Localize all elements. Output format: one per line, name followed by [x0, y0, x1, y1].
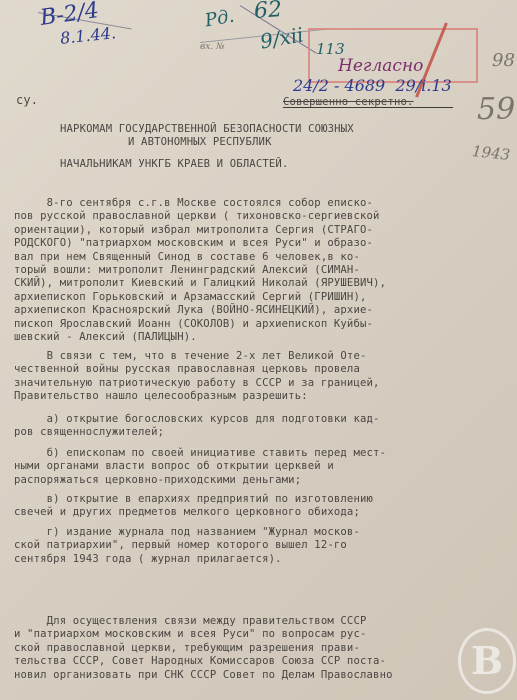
- margin-note-1943: 1943: [471, 142, 511, 164]
- typed-line: новил организовать при СНК СССР Совет по…: [14, 669, 393, 682]
- typed-line: пов русской православной церкви ( тихоно…: [14, 210, 386, 223]
- typed-line: РОДСКОГО) "патриархом московским и всея …: [14, 237, 386, 250]
- publisher-watermark-logo: В: [458, 628, 516, 694]
- item-b-open-churches: б) епископам по своей инициативе ставить…: [14, 447, 386, 487]
- typed-line: г) издание журнала под названием "Журнал…: [14, 526, 360, 539]
- item-v-candle-enterprises: в) открытие в епархиях предприятий по из…: [14, 493, 373, 520]
- typed-line: свечей и других предметов мелкого церков…: [14, 506, 373, 519]
- addressee-line-3: НАЧАЛЬНИКАМ УНКГБ КРАЕВ И ОБЛАСТЕЙ.: [60, 158, 288, 171]
- typed-line: шевский - Алексий (ПАЛИЦЫН).: [14, 331, 386, 344]
- typed-line: архиепископ Горьковский и Арзамасский Се…: [14, 291, 386, 304]
- typed-line: чественной войны русская православная це…: [14, 363, 380, 376]
- typed-line: В связи с тем, что в течение 2-х лет Вел…: [14, 350, 380, 363]
- typed-line: и "патриархом московским и всея Руси" по…: [14, 628, 393, 641]
- typed-line: ными органами власти вопрос об открытии …: [14, 460, 386, 473]
- typed-line: значительную патриотическую работу в ССС…: [14, 377, 380, 390]
- typed-line: распоряжаться церковно-приходскими деньг…: [14, 474, 386, 487]
- margin-note-98: 98: [492, 50, 515, 71]
- typed-line: Правительство нашло целесообразным разре…: [14, 390, 380, 403]
- item-a-theology-courses: а) открытие богословских курсов для подг…: [14, 413, 380, 440]
- typed-line: тельства СССР, Совет Народных Комиссаров…: [14, 655, 393, 668]
- typed-line: СКИЙ), митрополит Киевский и Галицкий Ни…: [14, 277, 386, 290]
- typed-line: 8-го сентября с.г.в Москве состоялся соб…: [14, 197, 386, 210]
- margin-note-59: 59: [477, 92, 515, 127]
- typed-line: Для осуществления связи между правительс…: [14, 615, 393, 628]
- secrecy-underline: [283, 107, 453, 108]
- registration-number: 24/2 - 4689 29/i.13: [293, 76, 452, 95]
- typed-line: архиепископ Красноярский Лука (ВОЙНО-ЯСИ…: [14, 304, 386, 317]
- typed-line: торый вошли: митрополит Ленинградский Ал…: [14, 264, 386, 277]
- typed-line: вал при нем Священный Синод в составе 6 …: [14, 251, 386, 264]
- annotation-teal-number: 62: [253, 0, 283, 24]
- typed-line: сентября 1943 года ( журнал прилагается)…: [14, 553, 360, 566]
- addressee-line-2: И АВТОНОМНЫХ РЕСПУБЛИК: [128, 136, 272, 149]
- typed-line: в) открытие в епархиях предприятий по из…: [14, 493, 373, 506]
- annotation-pencil-small: вх. №: [200, 42, 225, 52]
- paragraph-council-election: 8-го сентября с.г.в Москве состоялся соб…: [14, 197, 386, 344]
- paragraph-council-affairs: Для осуществления связи между правительс…: [14, 615, 393, 682]
- typed-line: ров священнослужителей;: [14, 426, 380, 439]
- addressee-line-1: НАРКОМАМ ГОСУДАРСТВЕННОЙ БЕЗОПАСНОСТИ СО…: [60, 123, 354, 136]
- typed-line: б) епископам по своей инициативе ставить…: [14, 447, 386, 460]
- paragraph-government-decision: В связи с тем, что в течение 2-х лет Вел…: [14, 350, 380, 404]
- typed-line: ской патриархии", первый номер которого …: [14, 539, 360, 552]
- typed-line: а) открытие богословских курсов для подг…: [14, 413, 380, 426]
- header-code: су.: [16, 94, 38, 107]
- item-g-journal: г) издание журнала под названием "Журнал…: [14, 526, 360, 566]
- typed-line: ской православной церкви, требующим разр…: [14, 642, 393, 655]
- stamp-word: Негласно: [338, 56, 423, 76]
- typed-line: ориентации), который избрал митрополита …: [14, 224, 386, 237]
- typed-line: пископ Ярославский Иоанн (СОКОЛОВ) и арх…: [14, 318, 386, 331]
